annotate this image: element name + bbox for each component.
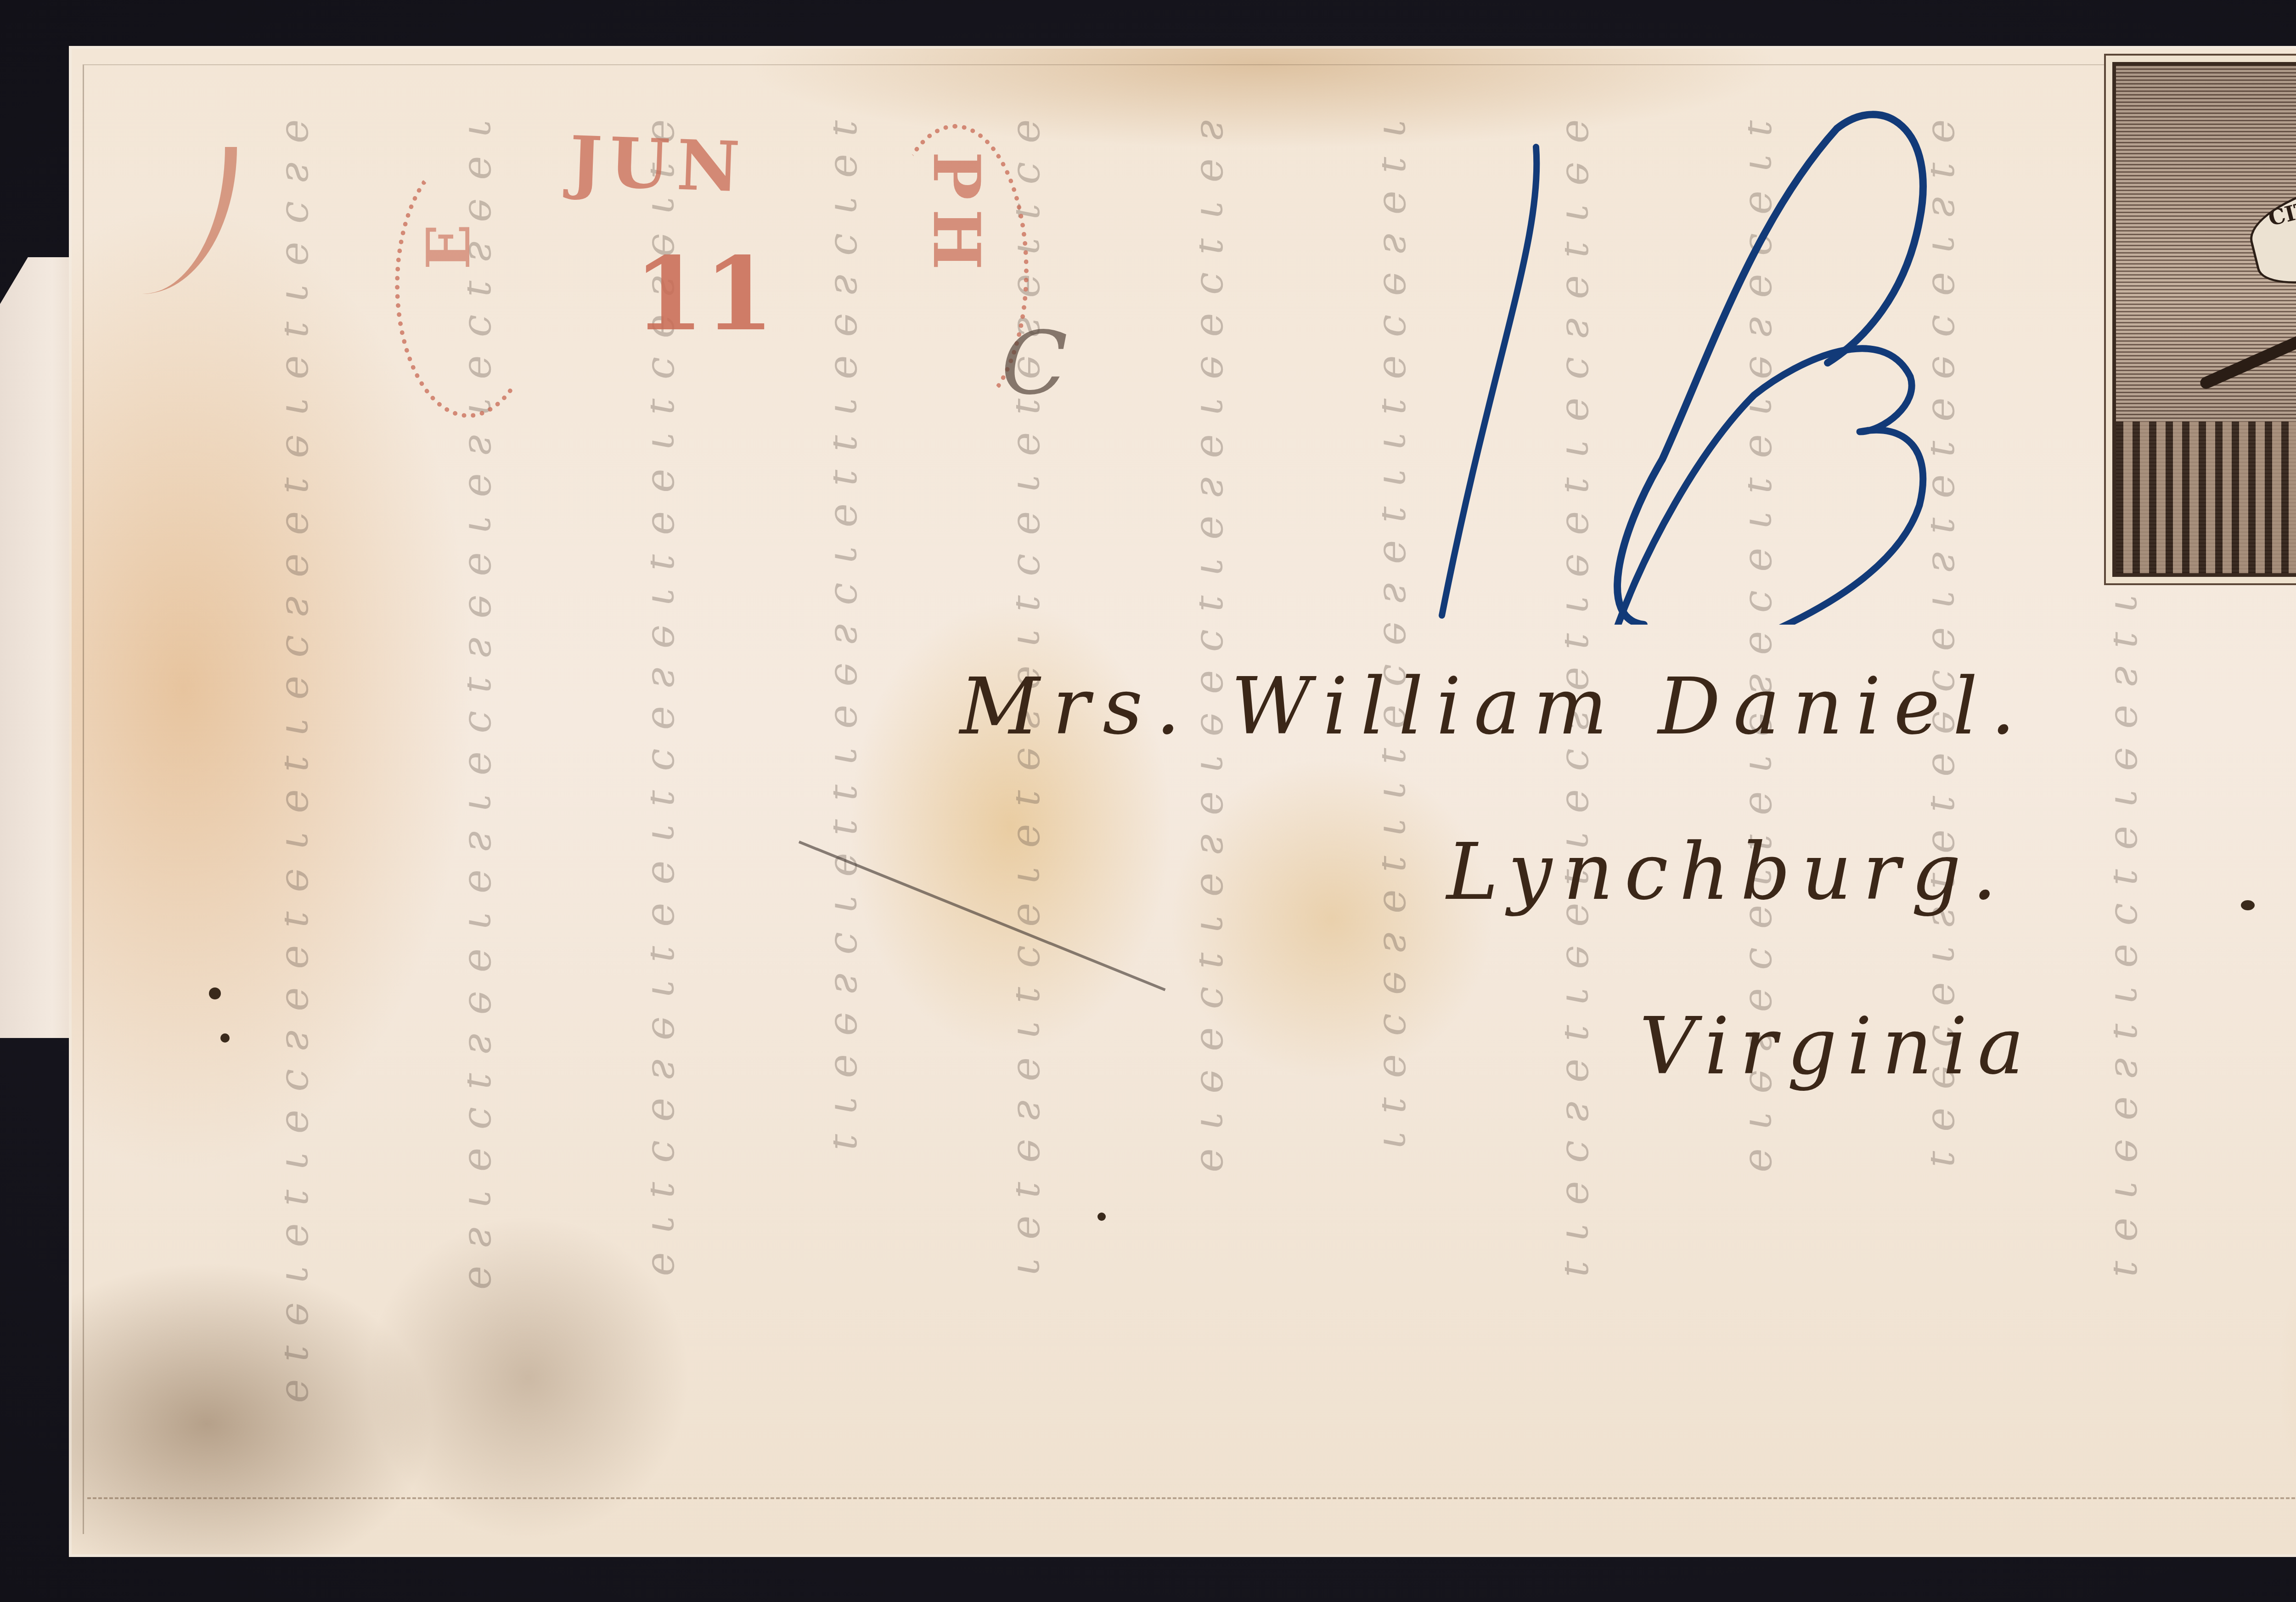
rate-ink-strokes (1424, 101, 1952, 625)
address-recipient: Mrs. William Daniel. (960, 661, 2028, 752)
ink-spot (1097, 1213, 1106, 1221)
bleed-through-column: ǝ ƨ ɔ ǝ ɿ ʇ ǝ ɿ ɘ ʇ ǝ ǝ ƨ ɔ ǝ ɿ ʇ ǝ ɿ ɘ … (285, 119, 326, 1483)
ink-spot (220, 1033, 230, 1043)
bleed-through-column: ɿ ʇ ǝ ƨ ɘ ɔ ǝ ʇ ɿ ɿ ʇ ǝ ƨ ɘ ɔ ǝ ʇ ɿ ɿ ʇ … (1382, 119, 1424, 1483)
stamp-banner-line1: CITY DESPATCH (2245, 151, 2296, 240)
stamp-buildings (2116, 422, 2296, 573)
postmark-ring-left (395, 152, 542, 418)
stamp-banner: CITY DESPATCH POST (2242, 148, 2296, 296)
postmark-day: 11 (634, 234, 774, 353)
manuscript-c-mark: C (1001, 312, 1068, 414)
city-despatch-post-stamp: CITY DESPATCH POST PAID SUK (2112, 62, 2296, 577)
ink-spot (209, 987, 221, 999)
address-city: Lynchburg. (1446, 827, 2008, 918)
postmark-left-fragment: E (413, 216, 484, 270)
bottom-fold-line (87, 1497, 2296, 1499)
address-state: Virginia (1639, 1001, 2034, 1092)
bleed-through-column: ƨ ǝ ɿ ʇ ɔ ǝ ɘ ɿ ǝ ƨ ǝ ɿ ʇ ɔ ǝ ɘ ɿ ǝ ƨ ǝ … (1199, 119, 1241, 1483)
ink-spot (2241, 900, 2255, 910)
red-circular-postmark: E JUN 11 PH (395, 96, 1029, 455)
corner-red-mark (142, 147, 237, 294)
postmark-ring-text: PH (918, 152, 994, 279)
postmark-month: JUN (568, 121, 748, 208)
manuscript-rate-18-3-4 (1424, 101, 1952, 625)
